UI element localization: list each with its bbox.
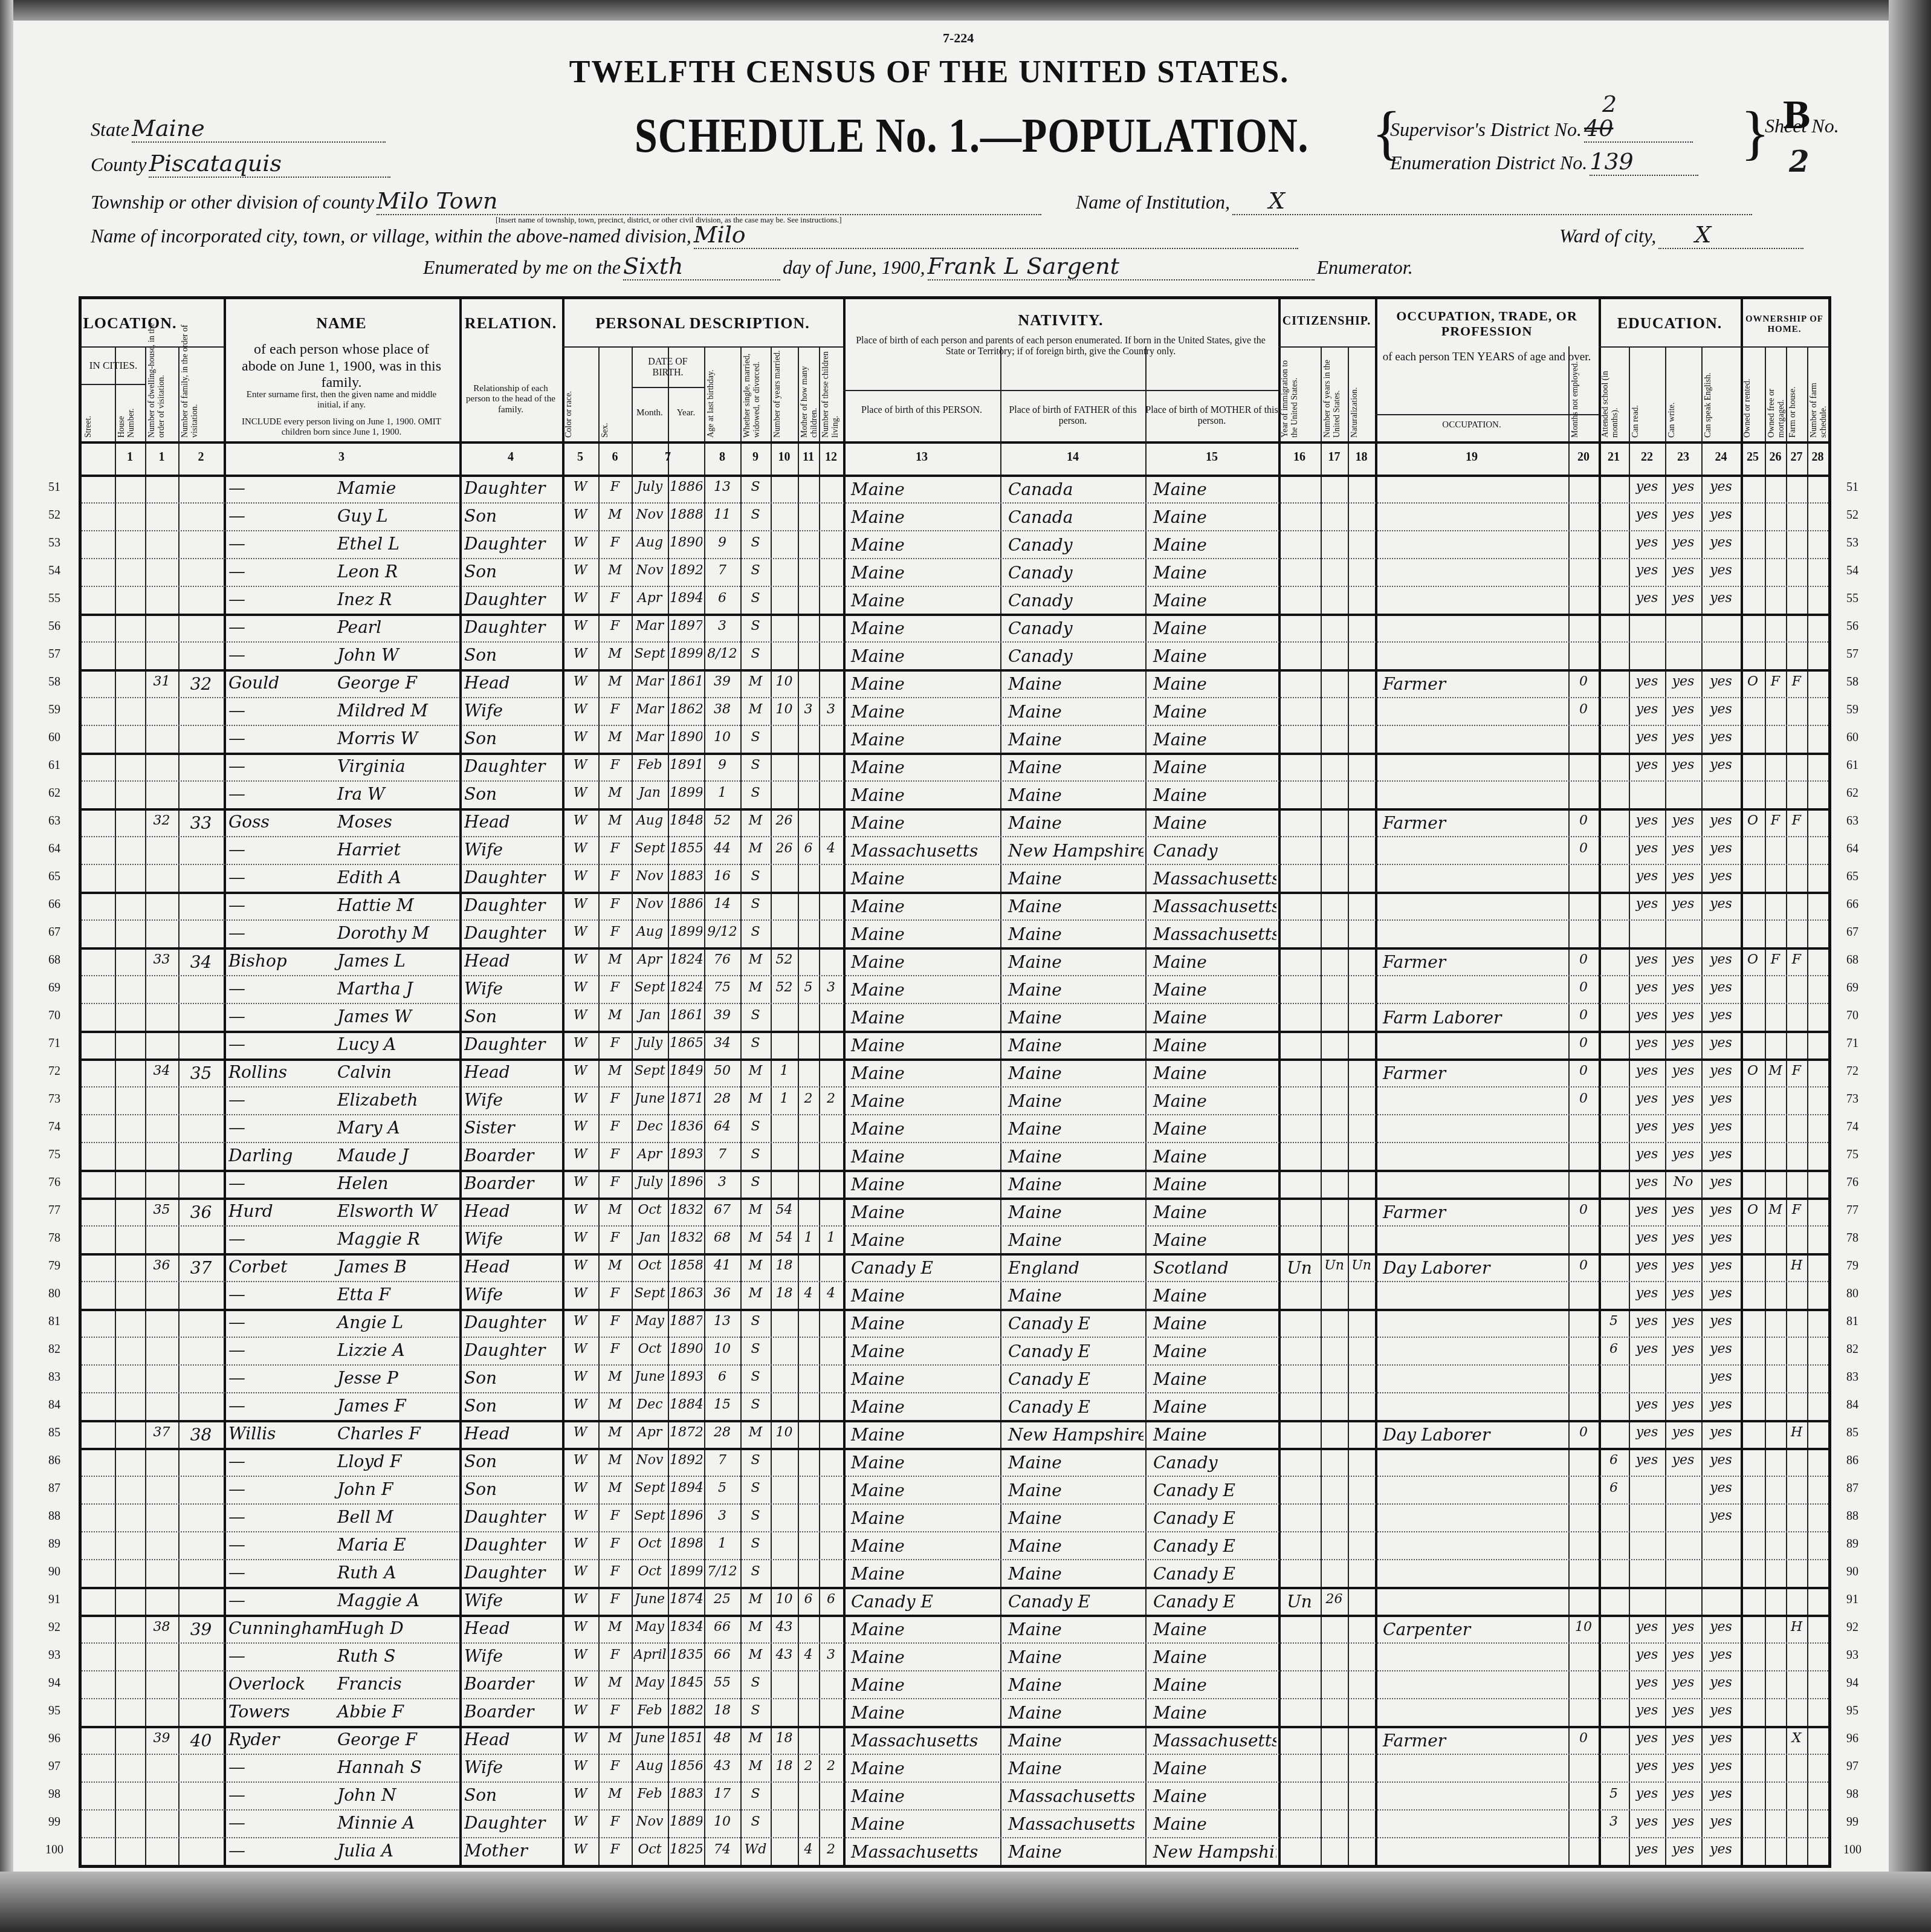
speak-cell: yes <box>1703 1453 1739 1468</box>
read-cell: yes <box>1631 1703 1663 1718</box>
name-cell: —Jesse P <box>228 1368 456 1388</box>
read-cell: yes <box>1631 1786 1663 1801</box>
year-cell: 1865 <box>670 1036 702 1051</box>
read-cell: yes <box>1631 1258 1663 1273</box>
month-cell: July <box>633 1175 666 1190</box>
form-number: 7-224 <box>943 30 974 46</box>
surname: Corbet <box>228 1257 337 1277</box>
enumeration-district-value: 139 <box>1590 148 1698 176</box>
row-divider <box>82 586 1828 587</box>
bm-cell: Massachusetts <box>1147 1731 1276 1751</box>
dw-cell: 36 <box>147 1258 176 1273</box>
bm-cell: Maine <box>1147 1619 1276 1639</box>
month-cell: Feb <box>633 757 666 773</box>
speak-cell: yes <box>1703 1091 1739 1106</box>
surname: — <box>228 617 337 637</box>
bm-cell: Maine <box>1147 1119 1276 1139</box>
given-name: Martha J <box>337 979 413 999</box>
column-number: 24 <box>1701 450 1741 464</box>
month-cell: Oct <box>633 1842 666 1857</box>
bp-cell: Maine <box>845 1369 998 1389</box>
color-cell: W <box>564 1175 597 1190</box>
year-cell: 1855 <box>670 841 702 856</box>
year-cell: 1835 <box>670 1647 702 1662</box>
read-cell: yes <box>1631 952 1663 967</box>
row-number-left: 62 <box>42 786 66 800</box>
row-divider <box>82 1198 1828 1200</box>
color-cell: W <box>564 1036 597 1051</box>
bf-cell: Canady E <box>1002 1314 1143 1334</box>
column-number: 19 <box>1375 450 1568 464</box>
row-number-right: 67 <box>1840 925 1865 939</box>
month-header: Month. <box>632 408 668 418</box>
ms-cell: Wd <box>742 1842 769 1857</box>
age-cell: 68 <box>706 1230 739 1245</box>
month-cell: Mar <box>633 702 666 717</box>
row-number-right: 66 <box>1840 898 1865 912</box>
bm-cell: Maine <box>1147 813 1276 833</box>
age-cell: 36 <box>706 1286 739 1301</box>
row-number-left: 81 <box>42 1315 66 1329</box>
column-divider <box>668 346 669 1865</box>
row-number-left: 90 <box>42 1565 66 1579</box>
given-name: Calvin <box>337 1062 392 1082</box>
row-divider <box>82 1781 1828 1783</box>
age-cell: 18 <box>706 1703 739 1718</box>
given-name: George F <box>337 673 417 693</box>
relation-cell: Head <box>464 1201 558 1221</box>
bf-cell: Maine <box>1002 1842 1143 1862</box>
color-cell: W <box>564 785 597 800</box>
row-number-left: 80 <box>42 1287 66 1301</box>
bp-cell: Maine <box>845 674 998 694</box>
age-cell: 9 <box>706 757 739 773</box>
year-cell: 1890 <box>670 535 702 550</box>
row-divider <box>82 1392 1828 1393</box>
given-name: Abbie F <box>337 1702 404 1722</box>
surname: — <box>228 756 337 776</box>
color-cell: W <box>564 1675 597 1690</box>
age-cell: 1 <box>706 1536 739 1551</box>
name-cell: —Ruth A <box>228 1563 456 1583</box>
occupation-header: OCCUPATION, TRADE, OR PROFESSION <box>1375 308 1599 339</box>
speak-cell: yes <box>1703 1703 1739 1718</box>
speak-cell: yes <box>1703 1314 1739 1329</box>
row-number-left: 71 <box>42 1037 66 1051</box>
year-cell: 1891 <box>670 757 702 773</box>
occ-cell: Farmer <box>1377 1731 1567 1751</box>
year-cell: 1893 <box>670 1147 702 1162</box>
sex-cell: M <box>600 674 630 689</box>
color-cell: W <box>564 813 597 828</box>
bm-cell: Maine <box>1147 1786 1276 1806</box>
bp-cell: Maine <box>845 924 998 944</box>
farm-cell: F <box>1788 952 1805 967</box>
bm-cell: Maine <box>1147 674 1276 694</box>
enumeration-district-field: Enumeration District No. 139 <box>1390 148 1698 176</box>
mu-cell: 0 <box>1570 980 1597 995</box>
ym-cell: 18 <box>772 1759 796 1774</box>
row-number-right: 82 <box>1840 1343 1865 1357</box>
sex-cell: F <box>600 1814 630 1829</box>
relation-cell: Son <box>464 645 558 665</box>
row-number-right: 80 <box>1840 1287 1865 1301</box>
bp-cell: Maine <box>845 1564 998 1584</box>
write-cell: yes <box>1667 841 1700 856</box>
mo-cell: 2 <box>800 1759 817 1774</box>
bm-cell: Canady E <box>1147 1592 1276 1612</box>
speak-cell: yes <box>1703 1397 1739 1412</box>
given-name: Bell M <box>337 1507 393 1527</box>
relation-cell: Head <box>464 1257 558 1277</box>
relation-cell: Son <box>464 1479 558 1499</box>
bf-cell: Maine <box>1002 757 1143 777</box>
mo-cell: 4 <box>800 1842 817 1857</box>
row-number-right: 56 <box>1840 620 1865 634</box>
ym-cell: 52 <box>772 980 796 995</box>
bp-cell: Maine <box>845 1814 998 1834</box>
row-divider <box>82 641 1828 643</box>
surname: — <box>228 1368 337 1388</box>
color-cell: W <box>564 618 597 634</box>
mu-cell: 10 <box>1570 1619 1597 1635</box>
fam-cell: 38 <box>180 1425 222 1445</box>
relation-cell: Wife <box>464 1090 558 1110</box>
year-cell: 1899 <box>670 646 702 661</box>
occ-cell: Farmer <box>1377 1202 1567 1222</box>
color-cell: W <box>564 535 597 550</box>
read-header: Can read. <box>1631 350 1663 438</box>
read-cell: yes <box>1631 1425 1663 1440</box>
age-cell: 6 <box>706 591 739 606</box>
bf-cell: Maine <box>1002 1508 1143 1528</box>
column-number: 5 <box>562 450 598 464</box>
bm-cell: Maine <box>1147 785 1276 805</box>
row-number-right: 51 <box>1840 481 1865 494</box>
occ-cell: Farmer <box>1377 674 1567 694</box>
bp-cell: Massachusetts <box>845 1731 998 1751</box>
mu-cell: 0 <box>1570 1091 1597 1106</box>
row-number-right: 60 <box>1840 731 1865 745</box>
row-number-left: 73 <box>42 1092 66 1106</box>
read-cell: yes <box>1631 702 1663 717</box>
bf-cell: Maine <box>1002 1564 1143 1584</box>
relation-cell: Head <box>464 1618 558 1638</box>
row-number-left: 79 <box>42 1259 66 1273</box>
yus-cell: 26 <box>1322 1592 1346 1607</box>
row-divider <box>82 1337 1828 1338</box>
speak-cell: yes <box>1703 980 1739 995</box>
year-cell: 1845 <box>670 1675 702 1690</box>
write-cell: yes <box>1667 1119 1700 1134</box>
color-cell: W <box>564 1286 597 1301</box>
age-cell: 17 <box>706 1786 739 1801</box>
name-cell: —Bell M <box>228 1507 456 1527</box>
speak-cell: yes <box>1703 674 1739 689</box>
given-name: Edith A <box>337 867 401 887</box>
year-cell: 1886 <box>670 479 702 494</box>
write-cell: yes <box>1667 1286 1700 1301</box>
speak-cell: yes <box>1703 896 1739 912</box>
row-divider <box>82 1865 1828 1867</box>
name-cell: —Lloyd F <box>228 1451 456 1471</box>
column-divider <box>1765 346 1766 1865</box>
name-cell: —James F <box>228 1396 456 1416</box>
sex-cell: F <box>600 1091 630 1106</box>
column-divider <box>598 346 600 1865</box>
bp-cell: Maine <box>845 730 998 750</box>
name-cell: —Hannah S <box>228 1757 456 1777</box>
sch-cell: 6 <box>1600 1341 1627 1357</box>
month-cell: July <box>633 1036 666 1051</box>
bm-cell: Maine <box>1147 1675 1276 1695</box>
row-number-left: 63 <box>42 814 66 828</box>
bf-cell: Maine <box>1002 1202 1143 1222</box>
sex-cell: F <box>600 1703 630 1718</box>
bp-cell: Maine <box>845 1147 998 1167</box>
mo-cell: 2 <box>800 1091 817 1106</box>
bm-cell: Maine <box>1147 1175 1276 1195</box>
relation-cell: Son <box>464 562 558 582</box>
year-cell: 1887 <box>670 1314 702 1329</box>
month-cell: May <box>633 1675 666 1690</box>
speak-cell: yes <box>1703 1619 1739 1635</box>
column-number: 26 <box>1765 450 1786 464</box>
speak-cell: yes <box>1703 1508 1739 1523</box>
header-divider <box>562 346 843 348</box>
row-number-right: 54 <box>1840 564 1865 578</box>
bf-cell: Maine <box>1002 813 1143 833</box>
bm-cell: Maine <box>1147 1063 1276 1083</box>
surname: — <box>228 645 337 665</box>
color-cell: W <box>564 1814 597 1829</box>
row-number-right: 83 <box>1840 1370 1865 1384</box>
age-cell: 52 <box>706 813 739 828</box>
year-cell: 1886 <box>670 896 702 912</box>
bp-cell: Massachusetts <box>845 841 998 861</box>
header-divider <box>1599 346 1828 348</box>
occupation-col-header: OCCUPATION. <box>1375 420 1568 430</box>
ms-cell: M <box>742 1202 769 1217</box>
age-cell: 7 <box>706 563 739 578</box>
year-cell: 1882 <box>670 1703 702 1718</box>
name-cell: RollinsCalvin <box>228 1062 456 1082</box>
sex-cell: M <box>600 1786 630 1801</box>
read-cell: yes <box>1631 535 1663 550</box>
column-divider <box>1741 299 1743 1865</box>
ms-cell: M <box>742 813 769 828</box>
name-cell: BishopJames L <box>228 951 456 971</box>
scan-edge-left <box>0 0 13 1932</box>
name-cell: —Edith A <box>228 867 456 887</box>
ms-cell: S <box>742 785 769 800</box>
surname: Rollins <box>228 1062 337 1082</box>
ym-cell: 10 <box>772 674 796 689</box>
speak-cell: yes <box>1703 813 1739 828</box>
bf-cell: Massachusetts <box>1002 1786 1143 1806</box>
row-divider <box>82 975 1828 976</box>
given-name: Angie L <box>337 1312 403 1332</box>
sex-cell: F <box>600 1119 630 1134</box>
age-cell: 15 <box>706 1397 739 1412</box>
bm-cell: Maine <box>1147 1202 1276 1222</box>
ms-cell: S <box>742 507 769 522</box>
year-header: Year. <box>668 408 704 418</box>
row-number-left: 64 <box>42 842 66 856</box>
relation-cell: Daughter <box>464 1507 558 1527</box>
name-cell: —Mary A <box>228 1118 456 1138</box>
bp-cell: Canady E <box>845 1592 998 1612</box>
write-cell: yes <box>1667 1731 1700 1746</box>
given-name: George F <box>337 1729 417 1749</box>
relation-header: RELATION. <box>459 314 562 332</box>
name-note-3: INCLUDE every person living on June 1, 1… <box>236 417 447 438</box>
year-cell: 1897 <box>670 618 702 634</box>
bm-cell: Maine <box>1147 1036 1276 1055</box>
ms-cell: S <box>742 1508 769 1523</box>
bf-cell: Maine <box>1002 1147 1143 1167</box>
own-cell: O <box>1742 813 1763 828</box>
read-cell: yes <box>1631 507 1663 522</box>
name-cell: —Mamie <box>228 478 456 498</box>
name-cell: OverlockFrancis <box>228 1674 456 1694</box>
population-table: LOCATION.IN CITIES.NAMEof each person wh… <box>79 296 1831 1868</box>
schedule-title: SCHEDULE No. 1.—POPULATION. <box>635 109 1308 164</box>
given-name: Hannah S <box>337 1757 422 1777</box>
bp-cell: Maine <box>845 1091 998 1111</box>
relation-cell: Daughter <box>464 1535 558 1555</box>
write-cell: yes <box>1667 1397 1700 1412</box>
column-divider <box>819 346 820 1865</box>
ms-cell: S <box>742 1314 769 1329</box>
bm-cell: Maine <box>1147 1230 1276 1250</box>
write-cell: yes <box>1667 507 1700 522</box>
bp-cell: Maine <box>845 1397 998 1417</box>
age-cell: 64 <box>706 1119 739 1134</box>
cl-cell: 2 <box>821 1842 841 1857</box>
speak-cell: yes <box>1703 1119 1739 1134</box>
month-cell: Feb <box>633 1703 666 1718</box>
dw-cell: 39 <box>147 1731 176 1746</box>
column-number: 13 <box>843 450 1000 464</box>
month-cell: Nov <box>633 507 666 522</box>
bm-cell: Maine <box>1147 1425 1276 1445</box>
farm-cell: F <box>1788 1202 1805 1217</box>
row-number-right: 96 <box>1840 1732 1865 1746</box>
read-cell: yes <box>1631 730 1663 745</box>
column-divider <box>632 346 633 1865</box>
mu-cell: 0 <box>1570 1202 1597 1217</box>
bp-cell: Maine <box>845 1675 998 1695</box>
relation-cell: Son <box>464 1785 558 1805</box>
relation-cell: Wife <box>464 840 558 860</box>
read-cell: yes <box>1631 1091 1663 1106</box>
enumerated-line: Enumerated by me on the Sixth day of Jun… <box>423 253 1413 280</box>
row-number-right: 55 <box>1840 592 1865 606</box>
read-cell: yes <box>1631 1008 1663 1023</box>
given-name: Maggie R <box>337 1229 420 1249</box>
month-cell: Oct <box>633 1202 666 1217</box>
speak-cell: yes <box>1703 702 1739 717</box>
read-cell: yes <box>1631 757 1663 773</box>
bf-cell: Massachusetts <box>1002 1814 1143 1834</box>
read-cell: yes <box>1631 1619 1663 1635</box>
relation-cell: Daughter <box>464 1340 558 1360</box>
mo-cell: 3 <box>800 702 817 717</box>
mo-cell: 4 <box>800 1647 817 1662</box>
given-name: Maggie A <box>337 1590 419 1610</box>
name-cell: CorbetJames B <box>228 1257 456 1277</box>
write-cell: yes <box>1667 1314 1700 1329</box>
bf-cell: Canady <box>1002 618 1143 638</box>
sex-cell: M <box>600 952 630 967</box>
write-cell: yes <box>1667 702 1700 717</box>
write-cell: yes <box>1667 1759 1700 1774</box>
age-header: Age at last birthday. <box>707 350 738 438</box>
speak-cell: yes <box>1703 591 1739 606</box>
month-cell: Mar <box>633 618 666 634</box>
column-divider <box>178 346 180 1865</box>
surname: — <box>228 867 337 887</box>
relation-cell: Son <box>464 506 558 526</box>
given-name: Etta F <box>337 1285 390 1305</box>
speak-cell: yes <box>1703 1063 1739 1078</box>
ms-cell: S <box>742 1369 769 1384</box>
color-cell: W <box>564 1759 597 1774</box>
row-number-left: 93 <box>42 1648 66 1662</box>
given-name: John W <box>337 645 399 665</box>
ms-cell: S <box>742 1341 769 1357</box>
speak-cell: yes <box>1703 1369 1739 1384</box>
month-cell: June <box>633 1731 666 1746</box>
row-number-left: 100 <box>42 1843 66 1857</box>
relation-cell: Head <box>464 1424 558 1444</box>
sex-cell: F <box>600 1564 630 1579</box>
street-header: Street. <box>84 394 112 438</box>
ms-cell: S <box>742 646 769 661</box>
school-header: Attended school (in months). <box>1601 350 1626 438</box>
row-number-right: 84 <box>1840 1398 1865 1412</box>
relation-cell: Wife <box>464 979 558 999</box>
surname: Hurd <box>228 1201 337 1221</box>
row-divider <box>82 1726 1828 1728</box>
speak-cell: yes <box>1703 1425 1739 1440</box>
free-cell: F <box>1767 674 1784 689</box>
ms-cell: M <box>742 1063 769 1078</box>
farm-cell: H <box>1788 1258 1805 1273</box>
name-cell: —Mildred M <box>228 701 456 721</box>
year-cell: 1874 <box>670 1592 702 1607</box>
given-name: Maude J <box>337 1146 409 1165</box>
color-cell: W <box>564 896 597 912</box>
sex-cell: M <box>600 1675 630 1690</box>
row-number-right: 100 <box>1840 1843 1865 1857</box>
age-cell: 11 <box>706 507 739 522</box>
surname: — <box>228 1757 337 1777</box>
name-note-2: Enter surname first, then the given name… <box>236 390 447 411</box>
surname: — <box>228 1312 337 1332</box>
row-divider <box>82 892 1828 894</box>
occ-cell: Farm Laborer <box>1377 1008 1567 1028</box>
month-cell: Dec <box>633 1397 666 1412</box>
write-cell: yes <box>1667 952 1700 967</box>
month-cell: Aug <box>633 535 666 550</box>
scan-edge-bottom <box>0 1872 1931 1932</box>
bf-cell: Maine <box>1002 1119 1143 1139</box>
ms-cell: S <box>742 1480 769 1496</box>
fam-cell: 33 <box>180 813 222 833</box>
given-name: Mildred M <box>337 701 428 721</box>
